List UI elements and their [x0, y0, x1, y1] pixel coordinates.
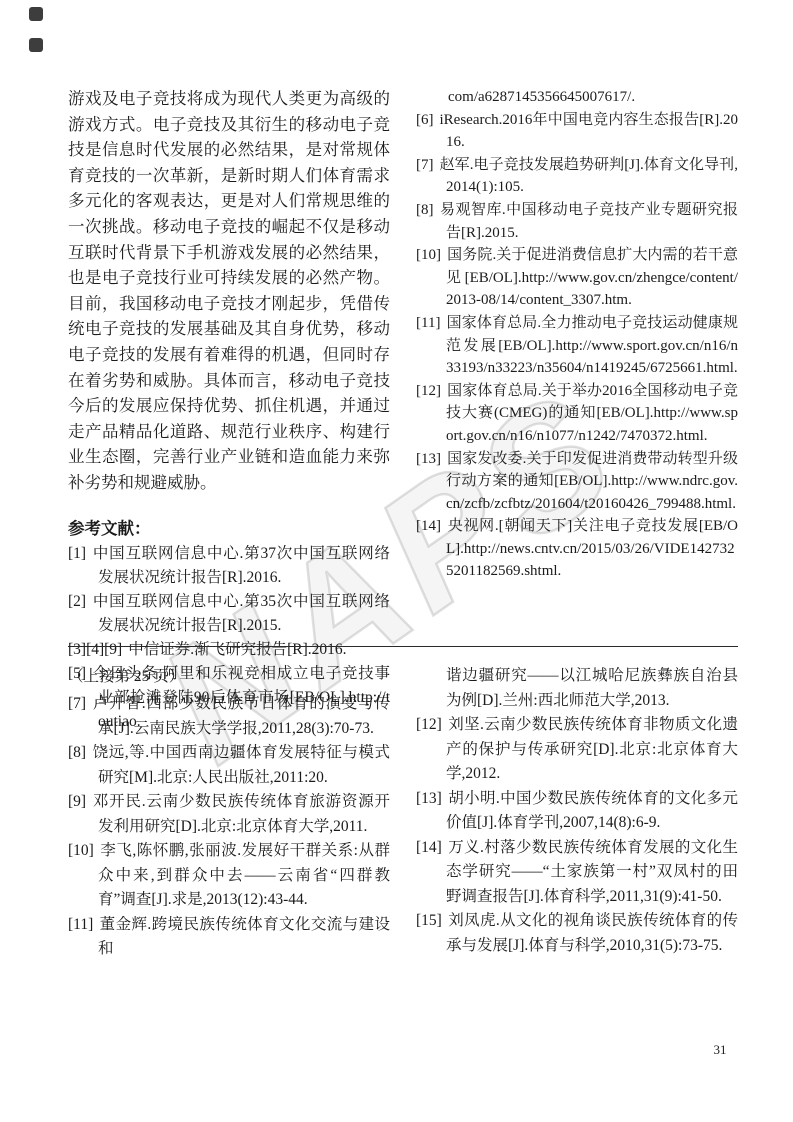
page-number: 31 [705, 1042, 735, 1058]
reference-label: [6] [416, 112, 434, 128]
scan-corner-mark-bottom [29, 38, 43, 52]
reference-text: 赵军.电子竞技发展趋势研判[J].体育文化导刊,2014(1):105. [440, 157, 739, 196]
continued-from-note: （上接第 25 页） [68, 664, 390, 689]
main-left-column: 游戏及电子竞技将成为现代人类更为高级的游戏方式。电子竞技及其衍生的移动电子竞技是… [68, 86, 390, 734]
reference-item: [7]卢开智.西部少数民族节日体育的演变与传承[J].云南民族大学学报,2011… [68, 692, 390, 741]
reference-text: 李飞,陈怀鹏,张丽波.发展好干群关系:从群众中来,到群众中去——云南省“四群教育… [98, 842, 390, 908]
reference-label: [3][4][9] [68, 641, 122, 658]
reference-text: 胡小明.中国少数民族传统体育的文化多元价值[J].体育学刊,2007,14(8)… [446, 790, 738, 832]
reference-label: [14] [416, 839, 442, 856]
reference-item: [14]央视网.[朝闻天下]关注电子竞技发展[EB/OL].http://new… [416, 515, 738, 583]
reference-label: [10] [416, 247, 441, 263]
continued-right-column: 谐边疆研究——以江城哈尼族彝族自治县为例[D].兰州:西北师范大学,2013. … [416, 664, 738, 962]
reference-text: 国务院.关于促进消费信息扩大内需的若干意见[EB/OL].http://www.… [446, 247, 738, 308]
reference-label: [9] [68, 793, 86, 810]
reference-item: [15]刘凤虎.从文化的视角谈民族传统体育的传承与发展[J].体育与科学,201… [416, 909, 738, 958]
reference-text: 刘凤虎.从文化的视角谈民族传统体育的传承与发展[J].体育与科学,2010,31… [446, 912, 738, 954]
reference-label: [7] [416, 157, 434, 173]
reference-item: [8]易观智库.中国移动电子竞技产业专题研究报告[R].2015. [416, 199, 738, 244]
reference-label: [13] [416, 790, 442, 807]
references-heading: 参考文献： [68, 516, 390, 542]
reference-label: [12] [416, 383, 441, 399]
reference-text: iResearch.2016年中国电竞内容生态报告[R].2016. [440, 112, 739, 151]
reference-label: [10] [68, 842, 94, 859]
reference-text: 刘坚.云南少数民族传统体育非物质文化遗产的保护与传承研究[D].北京:北京体育大… [446, 716, 738, 782]
reference-item: [2]中国互联网信息中心.第35次中国互联网络发展状况统计报告[R].2015. [68, 590, 390, 638]
continued-section: （上接第 25 页） [7]卢开智.西部少数民族节日体育的演变与传承[J].云南… [68, 664, 738, 962]
reference-text: 邓开民.云南少数民族传统体育旅游资源开发利用研究[D].北京:北京体育大学,20… [92, 793, 390, 835]
reference-item: [8]饶远,等.中国西南边疆体育发展特征与模式研究[M].北京:人民出版社,20… [68, 741, 390, 790]
reference-item: [3][4][9]中信证券.渐飞研究报告[R].2016. [68, 638, 390, 662]
reference-text: 卢开智.西部少数民族节日体育的演变与传承[J].云南民族大学学报,2011,28… [92, 695, 390, 737]
reference-text: 国家发改委.关于印发促进消费带动转型升级行动方案的通知[EB/OL].http:… [446, 451, 738, 512]
reference-label: [14] [416, 518, 441, 534]
reference-item: [12]国家体育总局.关于举办2016全国移动电子竞技大赛(CMEG)的通知[E… [416, 380, 738, 448]
reference-label: [15] [416, 912, 442, 929]
reference-label: [11] [68, 916, 93, 933]
reference-label: [11] [416, 315, 440, 331]
reference-text: 饶远,等.中国西南边疆体育发展特征与模式研究[M].北京:人民出版社,2011:… [92, 744, 390, 786]
reference-item: [12]刘坚.云南少数民族传统体育非物质文化遗产的保护与传承研究[D].北京:北… [416, 713, 738, 787]
section-divider [68, 646, 738, 647]
reference-item: [7]赵军.电子竞技发展趋势研判[J].体育文化导刊,2014(1):105. [416, 154, 738, 199]
reference-continuation: com/a6287145356645007617/. [416, 86, 738, 109]
scan-corner-mark-top [29, 7, 43, 21]
reference-label: [1] [68, 545, 86, 562]
reference-text: 万义.村落少数民族传统体育发展的文化生态学研究——“土家族第一村”双凤村的田野调… [446, 839, 738, 905]
continued-left-column: （上接第 25 页） [7]卢开智.西部少数民族节日体育的演变与传承[J].云南… [68, 664, 390, 962]
reference-label: [8] [416, 202, 434, 218]
reference-label: [7] [68, 695, 86, 712]
journal-page: NAPS 游戏及电子竞技将成为现代人类更为高级的游戏方式。电子竞技及其衍生的移动… [0, 0, 793, 1122]
reference-item: [9]邓开民.云南少数民族传统体育旅游资源开发利用研究[D].北京:北京体育大学… [68, 790, 390, 839]
reference-text: 中国互联网信息中心.第35次中国互联网络发展状况统计报告[R].2015. [92, 593, 390, 634]
reference-item: [13]国家发改委.关于印发促进消费带动转型升级行动方案的通知[EB/OL].h… [416, 448, 738, 516]
reference-label: [2] [68, 593, 86, 610]
reference-text: 国家体育总局.全力推动电子竞技运动健康规范发展[EB/OL].http://ww… [446, 315, 738, 376]
reference-text: 董金辉.跨境民族传统体育文化交流与建设和 [98, 916, 390, 958]
reference-text: 国家体育总局.关于举办2016全国移动电子竞技大赛(CMEG)的通知[EB/OL… [446, 383, 738, 444]
reference-item: [10]李飞,陈怀鹏,张丽波.发展好干群关系:从群众中来,到群众中去——云南省“… [68, 839, 390, 913]
reference-label: [8] [68, 744, 86, 761]
reference-item: [10]国务院.关于促进消费信息扩大内需的若干意见[EB/OL].http://… [416, 244, 738, 312]
reference-item: [11]董金辉.跨境民族传统体育文化交流与建设和 [68, 913, 390, 962]
body-paragraph: 游戏及电子竞技将成为现代人类更为高级的游戏方式。电子竞技及其衍生的移动电子竞技是… [68, 86, 390, 496]
reference-item: [13]胡小明.中国少数民族传统体育的文化多元价值[J].体育学刊,2007,1… [416, 787, 738, 836]
main-section: 游戏及电子竞技将成为现代人类更为高级的游戏方式。电子竞技及其衍生的移动电子竞技是… [68, 86, 738, 734]
reference-text: 易观智库.中国移动电子竞技产业专题研究报告[R].2015. [440, 202, 739, 241]
reference-text: 中国互联网信息中心.第37次中国互联网络发展状况统计报告[R].2016. [92, 545, 390, 586]
reference-label: [12] [416, 716, 442, 733]
reference-text: 央视网.[朝闻天下]关注电子竞技发展[EB/OL].http://news.cn… [446, 518, 738, 579]
reference-item: [11]国家体育总局.全力推动电子竞技运动健康规范发展[EB/OL].http:… [416, 312, 738, 380]
reference-continuation: 谐边疆研究——以江城哈尼族彝族自治县为例[D].兰州:西北师范大学,2013. [416, 664, 738, 713]
reference-item: [14]万义.村落少数民族传统体育发展的文化生态学研究——“土家族第一村”双凤村… [416, 836, 738, 910]
reference-item: [6]iResearch.2016年中国电竞内容生态报告[R].2016. [416, 109, 738, 154]
reference-text: 中信证券.渐飞研究报告[R].2016. [128, 641, 346, 658]
reference-label: [13] [416, 451, 441, 467]
reference-item: [1]中国互联网信息中心.第37次中国互联网络发展状况统计报告[R].2016. [68, 542, 390, 590]
main-right-column: com/a6287145356645007617/. [6]iResearch.… [416, 86, 738, 734]
